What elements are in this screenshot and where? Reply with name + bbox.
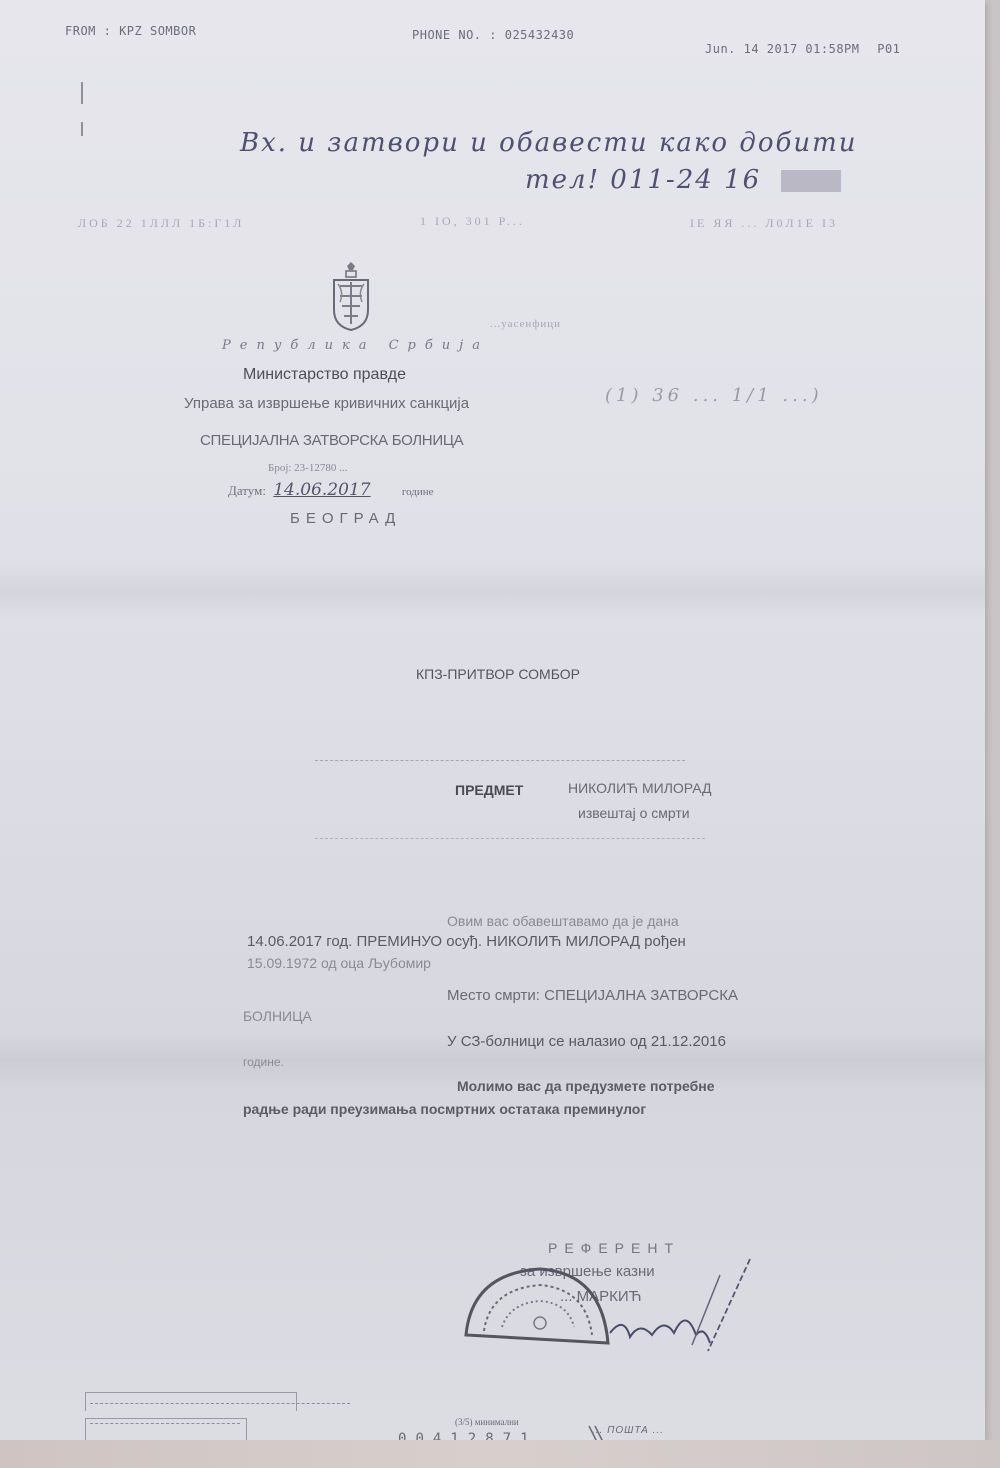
handwritten-phone: тел! 011-24 16	[525, 165, 761, 195]
body-p1-line3: 15.09.1972 од оца Љубомир	[247, 955, 431, 971]
letterhead-directorate: Управа за извршење кривичних санкција	[184, 395, 469, 412]
separator-line	[315, 838, 705, 839]
footer-dashed-line	[90, 1403, 350, 1404]
letterhead-reference: Број: 23-12780 ...	[268, 462, 347, 474]
date-label: Датум:	[228, 483, 266, 498]
fax-phone: PHONE NO. : 025432430	[412, 28, 574, 42]
fax-page: P01	[877, 42, 900, 56]
signature-icon	[600, 1255, 770, 1355]
digit-box-caption: (3/5) минимални	[455, 1417, 519, 1427]
fax-from: FROM : KPZ SOMBOR	[65, 24, 196, 38]
body-p1-line1: Овим вас обавештавамо да је дана	[447, 913, 679, 929]
faint-line-left: ЛОБ 22 1ЛЛЛ 1Б:Г1Л	[78, 216, 244, 231]
body-p3-line2: године.	[243, 1055, 284, 1069]
letterhead-institution: СПЕЦИЈАЛНА ЗАТВОРСКА БОЛНИЦА	[200, 432, 463, 449]
subject-name: НИКОЛИЋ МИЛОРАД	[568, 780, 712, 796]
body-p4-line2: радње ради преузимања посмртних остатака…	[243, 1101, 646, 1117]
fax-document: FROM : KPZ SOMBOR PHONE NO. : 025432430 …	[0, 0, 985, 1440]
date-value: 14.06.2017	[273, 480, 370, 500]
coat-of-arms-icon	[330, 262, 372, 332]
handwritten-note-line2: тел! 011-24 16	[525, 165, 841, 195]
fax-timestamp: Jun. 14 2017 01:58PM P01	[705, 42, 900, 56]
subject-description: извештај о смрти	[578, 805, 690, 821]
separator-line	[315, 760, 685, 761]
signature-title: РЕФЕРЕНТ	[548, 1240, 680, 1256]
body-p2-line2: БОЛНИЦА	[243, 1008, 312, 1024]
table-surface	[0, 1440, 1000, 1468]
redacted-block	[781, 170, 841, 192]
fax-timestamp-value: Jun. 14 2017 01:58PM	[705, 42, 860, 56]
date-suffix: године	[402, 486, 434, 498]
official-stamp-icon	[462, 1265, 612, 1345]
body-p4-line1: Молимо вас да предузмете потребне	[457, 1078, 715, 1094]
stamp-faint-text: ...уасенфици	[490, 318, 561, 330]
subject-label: ПРЕДМЕТ	[455, 782, 523, 798]
paper-fold	[0, 560, 985, 620]
letterhead-city: БЕОГРАД	[290, 510, 401, 527]
handwritten-note-line1: Вх. и затвори и обавести како добити	[240, 128, 857, 158]
margin-mark	[81, 122, 83, 136]
fax-phone-number: 025432430	[505, 28, 575, 42]
margin-mark	[81, 82, 83, 104]
letterhead-ministry: Министарство правде	[243, 366, 406, 384]
body-p3-line1: У СЗ-болници се налазио од 21.12.2016	[447, 1033, 726, 1050]
recipient: КПЗ-ПРИТВОР СОМБОР	[416, 666, 580, 682]
faint-line-middle: 1 IO, 301 Р...	[420, 214, 525, 229]
footer-dashed-line	[90, 1423, 240, 1424]
fax-phone-label: PHONE NO. :	[412, 28, 497, 42]
letterhead-country: Република Србија	[222, 338, 489, 353]
body-p1-line2: 14.06.2017 год. ПРЕМИНУО осуђ. НИКОЛИЋ М…	[247, 933, 686, 950]
side-number-faint: (1) 36 ... 1/1 ...)	[605, 385, 823, 406]
letterhead-date: Датум: 14.06.2017 године	[228, 480, 434, 500]
body-p2-line1: Место смрти: СПЕЦИЈАЛНА ЗАТВОРСКА	[447, 987, 738, 1004]
faint-line-right: IЕ ЯЯ ... Л0Л1Е I3	[690, 216, 838, 231]
footer-form-box	[85, 1392, 297, 1411]
footer-form-box	[85, 1418, 247, 1441]
